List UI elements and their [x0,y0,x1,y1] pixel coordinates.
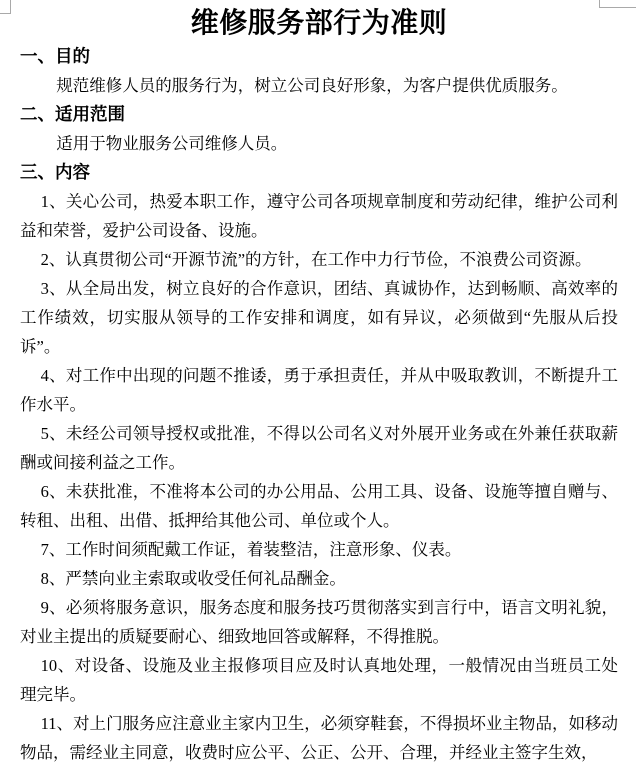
document-title: 维修服务部行为准则 [20,0,618,42]
purpose-paragraph: 规范维修人员的服务行为，树立公司良好形象，为客户提供优质服务。 [20,71,618,100]
content-item-3: 3、从全局出发，树立良好的合作意识，团结、真诚协作，达到畅顺、高效率的工作绩效，… [20,274,618,361]
scope-paragraph: 适用于物业服务公司维修人员。 [20,129,618,158]
content-item-2: 2、认真贯彻公司“开源节流”的方针，在工作中力行节俭，不浪费公司资源。 [20,245,618,274]
section-heading-scope: 二、适用范围 [20,100,618,129]
content-item-8: 8、严禁向业主索取或收受任何礼品酬金。 [20,564,618,593]
content-item-5: 5、未经公司领导授权或批准，不得以公司名义对外展开业务或在外兼任获取薪酬或间接利… [20,419,618,477]
content-item-11: 11、对上门服务应注意业主家内卫生，必须穿鞋套，不得损坏业主物品，如移动物品，需… [20,709,618,767]
section-heading-purpose: 一、目的 [20,42,618,71]
content-item-4: 4、对工作中出现的问题不推诿，勇于承担责任，并从中吸取教训，不断提升工作水平。 [20,361,618,419]
content-item-1: 1、关心公司，热爱本职工作，遵守公司各项规章制度和劳动纪律，维护公司利益和荣誉，… [20,187,618,245]
section-heading-content: 三、内容 [20,158,618,187]
content-item-6: 6、未获批准，不准将本公司的办公用品、公用工具、设备、设施等擅自赠与、转租、出租… [20,477,618,535]
content-item-7: 7、工作时间须配戴工作证，着装整洁，注意形象、仪表。 [20,535,618,564]
content-item-9: 9、必须将服务意识，服务态度和服务技巧贯彻落实到言行中，语言文明礼貌，对业主提出… [20,593,618,651]
document-content: 维修服务部行为准则 一、目的 规范维修人员的服务行为，树立公司良好形象，为客户提… [0,0,636,767]
content-item-10: 10、对设备、设施及业主报修项目应及时认真地处理，一般情况由当班员工处理完毕。 [20,651,618,709]
document-page: 维修服务部行为准则 一、目的 规范维修人员的服务行为，树立公司良好形象，为客户提… [0,0,636,780]
